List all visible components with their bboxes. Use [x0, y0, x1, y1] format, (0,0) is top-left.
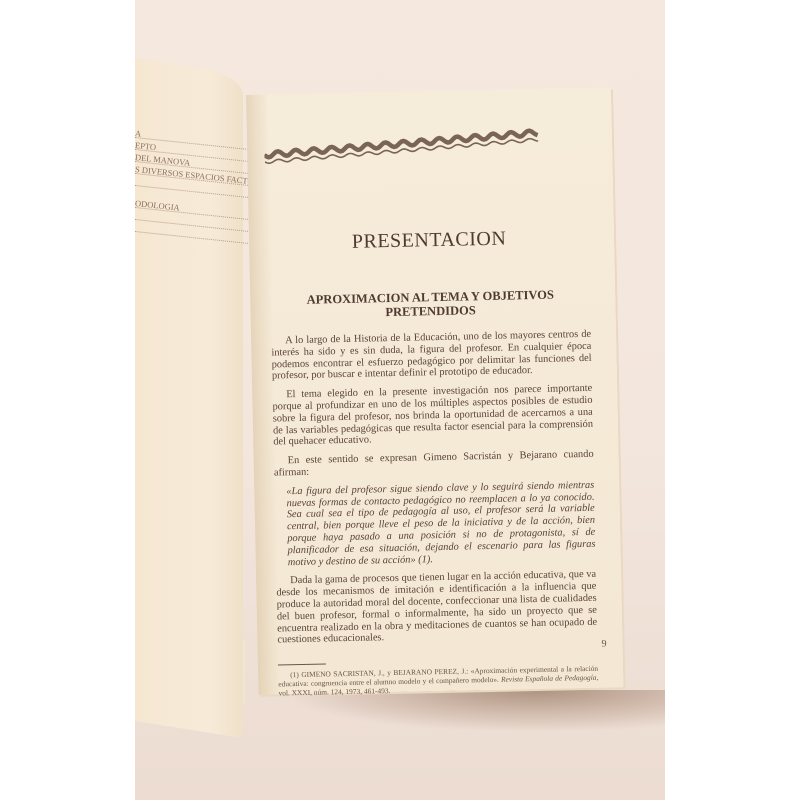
page-number: 9	[601, 639, 606, 650]
paragraph-3: En este sentido se expresan Gimeno Sacri…	[274, 449, 594, 479]
section-heading-line2: PRETENDIDOS	[385, 303, 476, 319]
section-heading: APROXIMACION AL TEMA Y OBJETIVOS PRETEND…	[270, 287, 591, 322]
block-quote: «La figura del profesor sigue siendo cla…	[286, 480, 596, 569]
right-page: PRESENTACION APROXIMACION AL TEMA Y OBJE…	[246, 87, 623, 695]
paragraph-2: El tema elegido en la presente investiga…	[272, 383, 593, 449]
wavy-ornament-icon	[264, 123, 540, 171]
footnote-divider	[278, 664, 326, 666]
paragraph-4: Dada la gama de procesos que tienen luga…	[276, 569, 597, 646]
chapter-title: PRESENTACION	[269, 226, 589, 256]
book-photo: AEPTO1DEL MANOVA2S DIVERSOS ESPACIOS FAC…	[135, 0, 665, 800]
toc-entry-label: A	[135, 128, 142, 139]
toc-entry-label: EPTO	[135, 140, 157, 152]
footnote-journal: Revista Española de Pedagogía,	[501, 673, 598, 684]
paragraph-1: A lo largo de la Historia de la Educació…	[271, 329, 592, 383]
table-of-contents-fragment: AEPTO1DEL MANOVA2S DIVERSOS ESPACIOS FAC…	[135, 128, 263, 234]
page-content: PRESENTACION APROXIMACION AL TEMA Y OBJE…	[269, 226, 599, 698]
